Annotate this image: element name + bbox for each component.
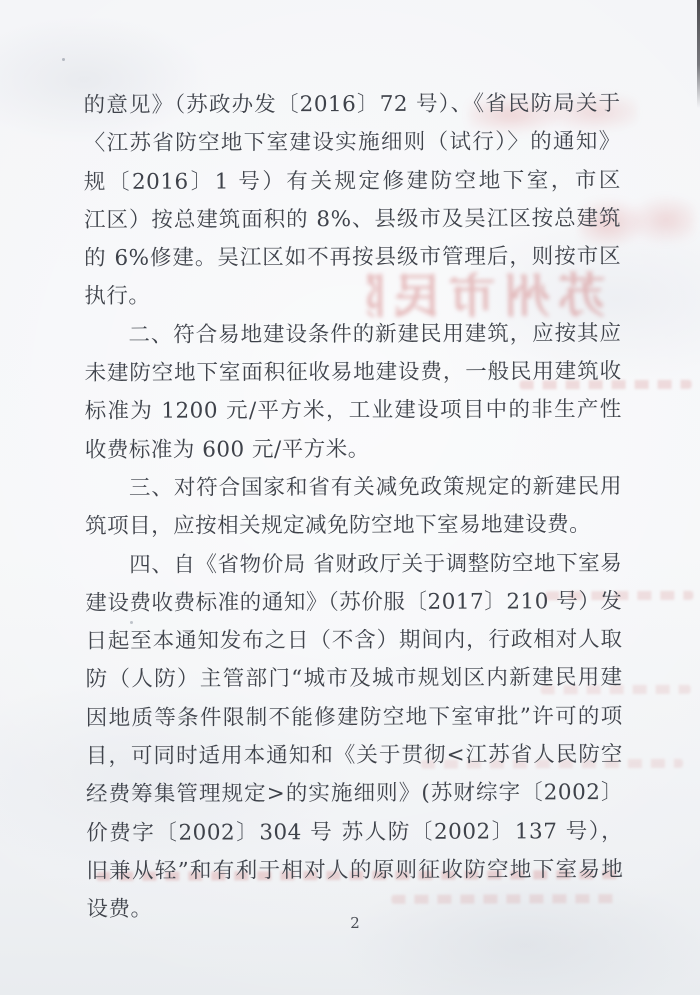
text-line: 〈江苏省防空地下室建设实施细则（试行）〉的通知》（苏防 bbox=[84, 123, 621, 163]
text-line: 未建防空地下室面积征收易地建设费，一般民用建筑收费 bbox=[85, 353, 622, 393]
scan-speck bbox=[62, 58, 65, 61]
text-line: 防（人防）主管部门“城市及城市规划区内新建民用建筑确 bbox=[86, 660, 623, 700]
text-line: 二、符合易地建设条件的新建民用建筑，应按其应建 bbox=[84, 315, 621, 355]
text-line: 的 6%修建。吴江区如不再按县级市管理后，则按市区标准 bbox=[84, 238, 621, 278]
text-line: 经费筹集管理规定>的实施细则》(苏财综字〔2002〕91 号 苏 bbox=[86, 774, 623, 814]
page-number: 2 bbox=[86, 913, 623, 933]
text-line: 旧兼从轻”和有利于相对人的原则征收防空地下室易地建 bbox=[86, 851, 623, 891]
text-line: 江区）按总建筑面积的 8%、县级市及吴江区按总建筑面积 bbox=[84, 200, 621, 240]
text-line: 收费标准为 600 元/平方米。 bbox=[85, 430, 622, 470]
scan-speck bbox=[130, 621, 133, 624]
text-line: 因地质等条件限制不能修建防空地下室审批”许可的项 bbox=[86, 698, 623, 738]
text-line: 三、对符合国家和省有关减免政策规定的新建民用建 bbox=[85, 468, 622, 508]
text-line: 标准为 1200 元/平方米，工业建设项目中的非生产性建筑 bbox=[85, 391, 622, 431]
text-line: 建设费收费标准的通知》（苏价服〔2017〕210 号）发布之 bbox=[85, 583, 622, 623]
text-line: 的意见》（苏政办发〔2016〕72 号）、《省民防局关于印发 bbox=[84, 85, 621, 125]
text-line: 日起至本通知发布之日（不含）期间内，行政相对人取得民 bbox=[85, 621, 622, 661]
text-line: 价费字〔2002〕304 号 苏人防〔2002〕137 号），并按照“从 bbox=[86, 813, 623, 853]
text-line: 规〔2016〕1 号）有关规定修建防空地下室，市区（不含吴 bbox=[84, 162, 621, 202]
scanned-document-page: 苏州市民防局 的意见》（苏政办发〔2016〕72 号）、《省民防局关于印发〈江苏… bbox=[0, 0, 700, 995]
text-line: 筑项目，应按相关规定减免防空地下室易地建设费。 bbox=[85, 506, 622, 546]
text-line: 目，可同时适用本通知和《关于贯彻<江苏省人民防空建设 bbox=[86, 736, 623, 776]
text-line: 四、自《省物价局 省财政厅关于调整防空地下室易地 bbox=[85, 545, 622, 585]
scan-content: 苏州市民防局 的意见》（苏政办发〔2016〕72 号）、《省民防局关于印发〈江苏… bbox=[0, 0, 700, 995]
text-line: 执行。 bbox=[84, 277, 621, 317]
document-body: 的意见》（苏政办发〔2016〕72 号）、《省民防局关于印发〈江苏省防空地下室建… bbox=[84, 85, 624, 929]
